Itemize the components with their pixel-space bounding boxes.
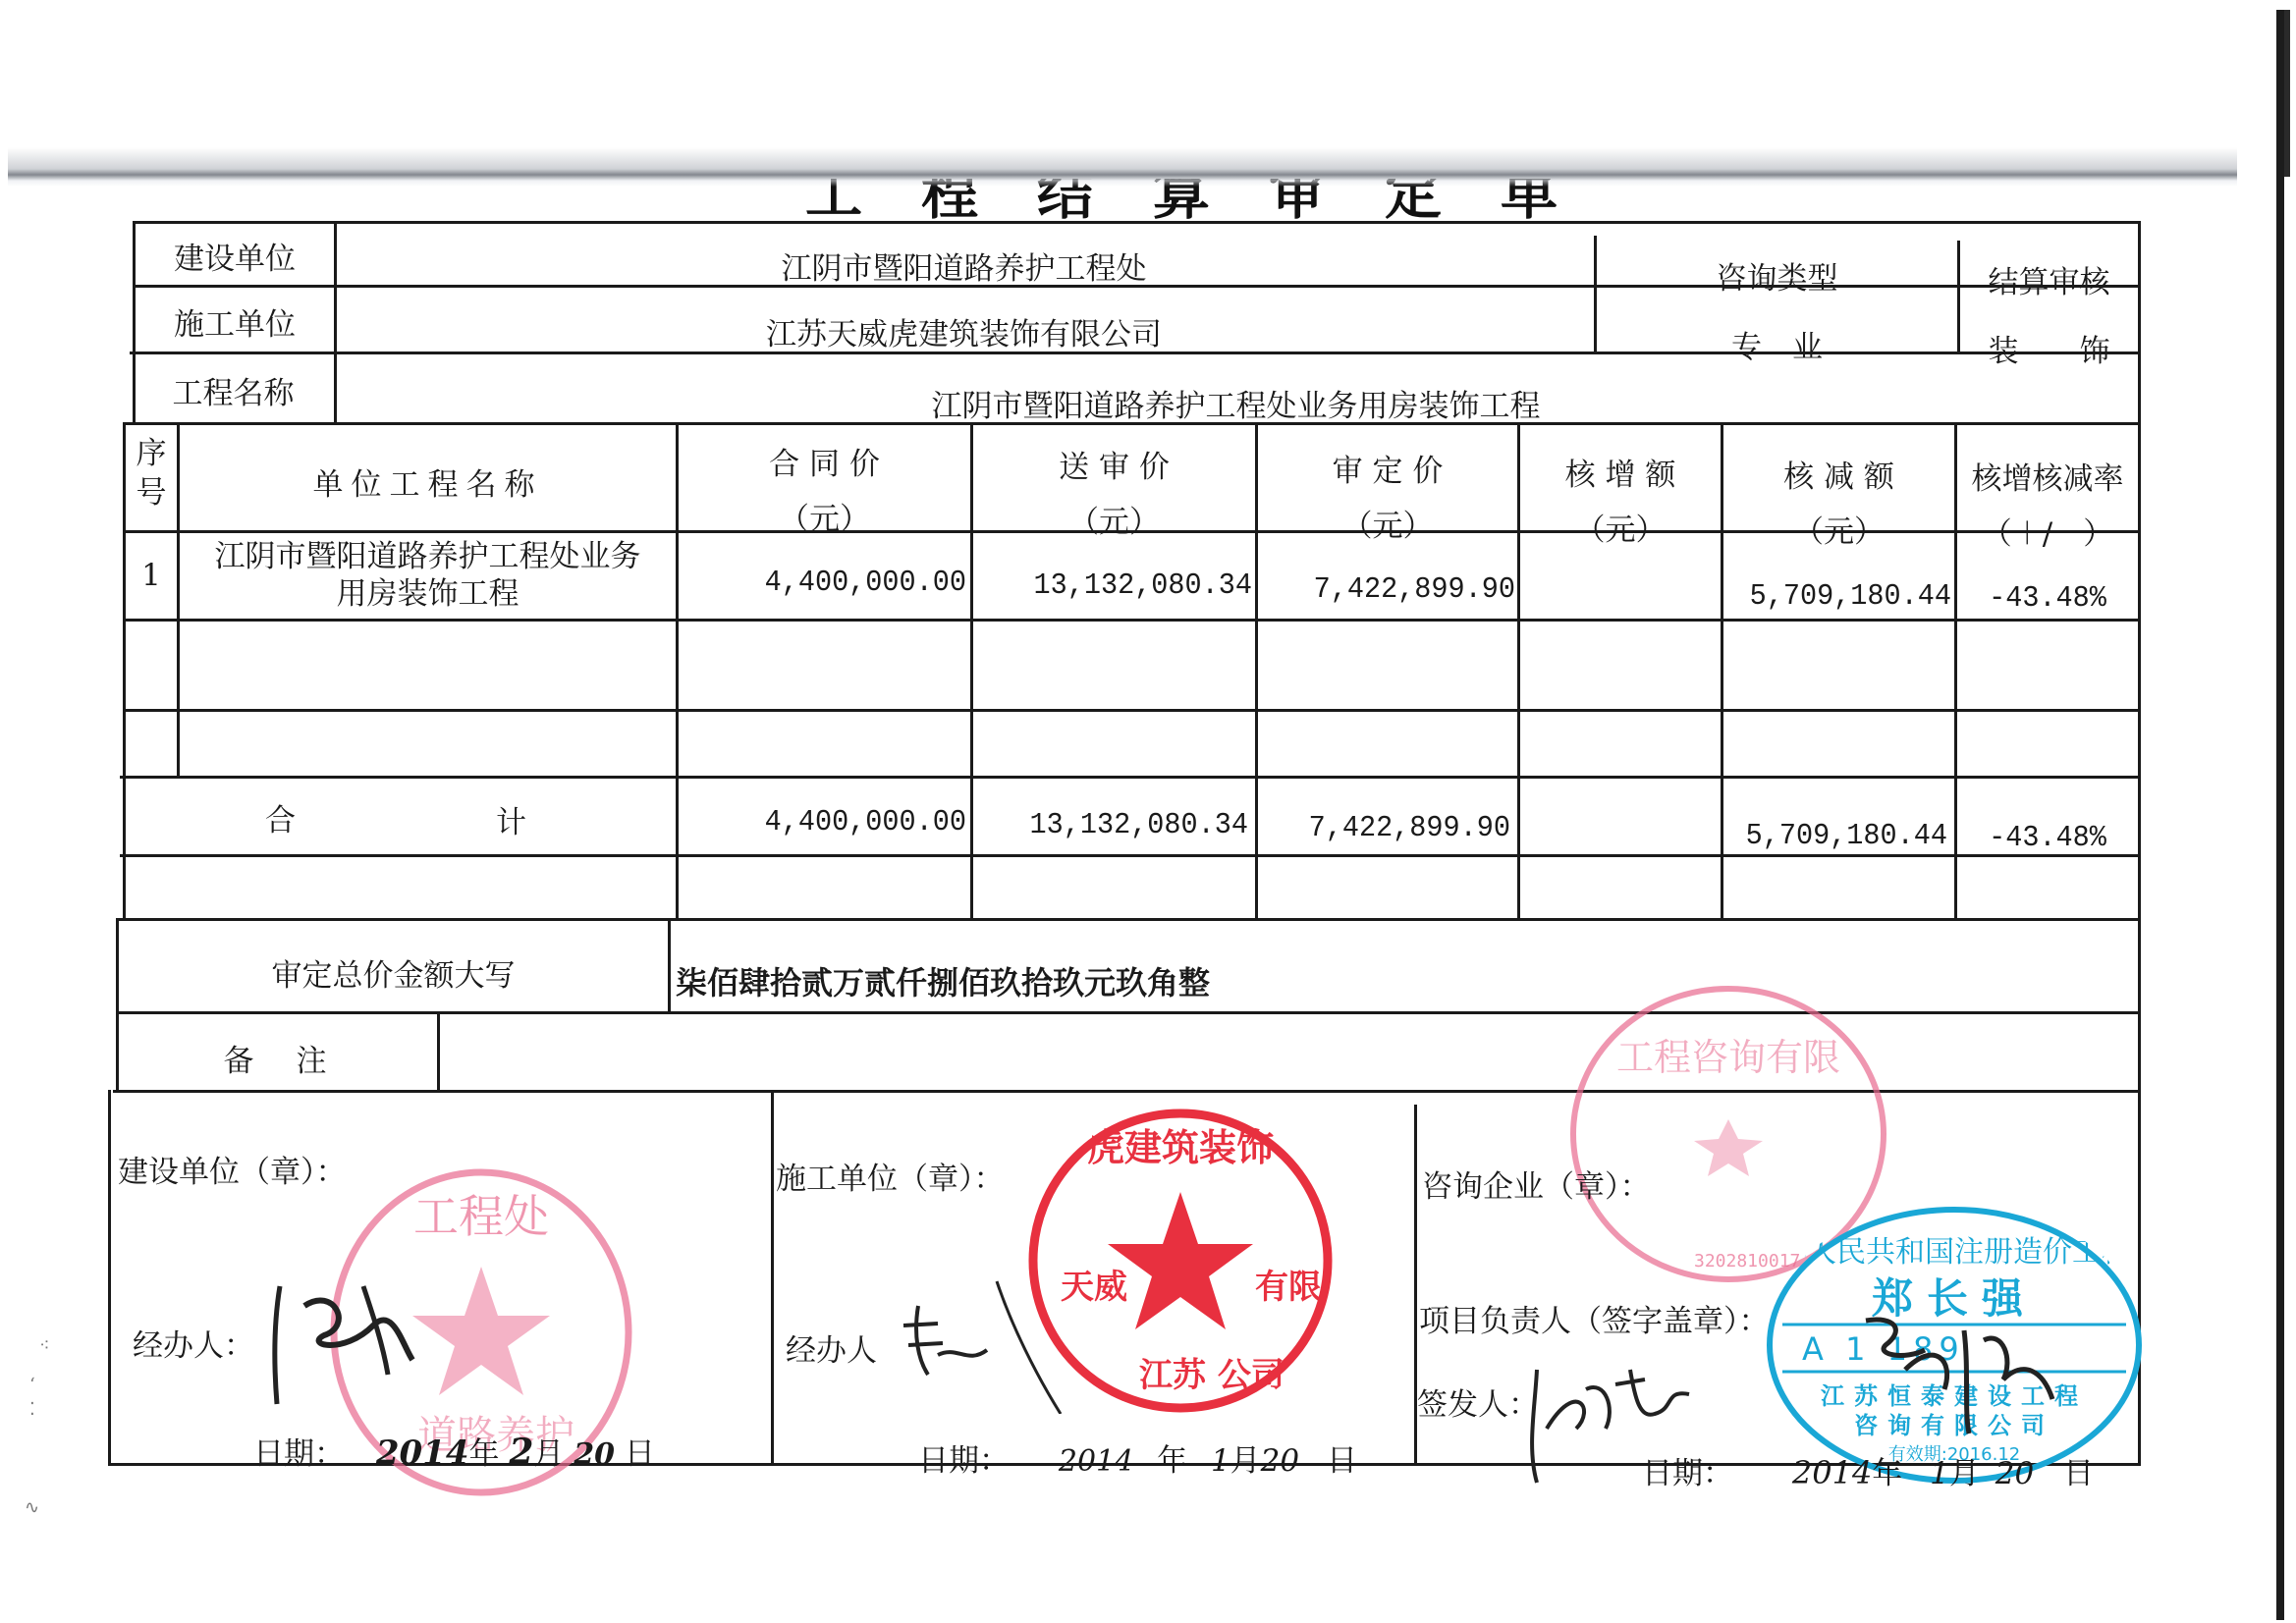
amount-in-words-label: 审定总价金额大写 [119, 950, 668, 995]
page-edge-top [2284, 10, 2290, 177]
svg-text:有限: 有限 [1255, 1268, 1322, 1307]
consult-type-label: 咨询类型 [1597, 253, 1957, 298]
total-decrease: 5,709,180.44 [1741, 819, 1947, 853]
col-header-submitted: 送 审 价 （元） [973, 440, 1255, 550]
row-rate: -43.48% [1964, 581, 2130, 616]
svg-text:天威: 天威 [1061, 1268, 1127, 1307]
client-seal-label: 建设单位（章）： [118, 1147, 347, 1191]
svg-text:3202810017: 3202810017 [1694, 1251, 1800, 1271]
project-label: 工程名称 [133, 368, 334, 412]
client-value: 江阴市暨阳道路养护工程处 [334, 243, 1594, 288]
total-label-left: 合 [265, 795, 296, 839]
row-contract-price: 4,400,000.00 [701, 566, 966, 600]
col-header-contract: 合 同 价 （元） [679, 437, 970, 547]
contractor-handler-label: 经办人 [786, 1325, 877, 1370]
scan-speck: ⁚ [29, 1399, 35, 1420]
col-header-rate: 核增核减率 （＋/－） [1957, 452, 2138, 562]
consultant-date: 日期： 2014年 1月 20 日 [1642, 1448, 2094, 1492]
svg-text:工程处: 工程处 [413, 1190, 549, 1243]
row-name: 江阴市暨阳道路养护工程处业务 用房装饰工程 [180, 538, 676, 613]
total-rate: -43.48% [1964, 821, 2130, 855]
client-handler-label: 经办人： [133, 1321, 254, 1365]
col-header-name: 单位工程名称 [180, 460, 676, 504]
total-label-right: 计 [496, 797, 526, 841]
fold-shadow [8, 147, 2237, 187]
row-no: 1 [126, 558, 177, 593]
scan-speck: ∿ [25, 1497, 39, 1518]
project-value: 江阴市暨阳道路养护工程处业务用房装饰工程 [334, 381, 2138, 425]
consult-type-value: 结算审核 [1960, 257, 2138, 301]
project-manager-label: 项目负责人（签字盖章）： [1419, 1296, 1770, 1340]
row-submitted-price: 13,132,080.34 [996, 568, 1252, 603]
contractor-handler-signature [889, 1267, 1066, 1414]
client-date: 日期： 2014年 2月 20 日 [253, 1429, 655, 1473]
col-header-no: 序 号 [126, 434, 177, 513]
client-handler-signature [265, 1267, 442, 1414]
project-manager-signature [1846, 1301, 2072, 1438]
specialty-label: 专 业 [1597, 322, 1957, 366]
contractor-value: 江苏天威虎建筑装饰有限公司 [334, 309, 1594, 353]
scan-speck: ⁖ [39, 1335, 50, 1356]
contractor-date: 日期： 2014 年 1月20 日 [918, 1435, 1357, 1480]
client-label: 建设单位 [136, 234, 334, 278]
contractor-label: 施工单位 [136, 299, 334, 344]
specialty-value: 装 饰 [1960, 326, 2138, 370]
total-submitted-price: 13,132,080.34 [995, 808, 1248, 842]
col-header-approved: 审 定 价 （元） [1258, 444, 1517, 554]
total-contract-price: 4,400,000.00 [701, 805, 966, 839]
col-header-decrease: 核 减 额 （元） [1723, 450, 1954, 560]
page-edge [2276, 10, 2284, 1620]
amount-in-words-value: 柒佰肆拾贰万贰仟捌佰玖拾玖元玖角整 [676, 958, 1210, 1003]
svg-text:工程咨询有限: 工程咨询有限 [1616, 1036, 1840, 1079]
row-decrease: 5,709,180.44 [1742, 579, 1951, 614]
col-header-increase: 核 增 额 （元） [1520, 448, 1721, 558]
contractor-stamp: 虎建筑装饰 天威 有限 江苏 公司 [1021, 1102, 1340, 1421]
total-approved-price: 7,422,899.90 [1279, 811, 1510, 845]
svg-text:江苏 公司: 江苏 公司 [1139, 1356, 1285, 1395]
consultant-seal-label: 咨询企业（章）： [1422, 1162, 1651, 1206]
row-approved-price: 7,422,899.90 [1279, 572, 1515, 607]
scan-speck: ‘ [29, 1375, 35, 1395]
contractor-seal-label: 施工单位（章）： [776, 1154, 1005, 1198]
remarks-label: 备 注 [119, 1036, 437, 1080]
svg-text:虎建筑装饰: 虎建筑装饰 [1087, 1126, 1274, 1169]
